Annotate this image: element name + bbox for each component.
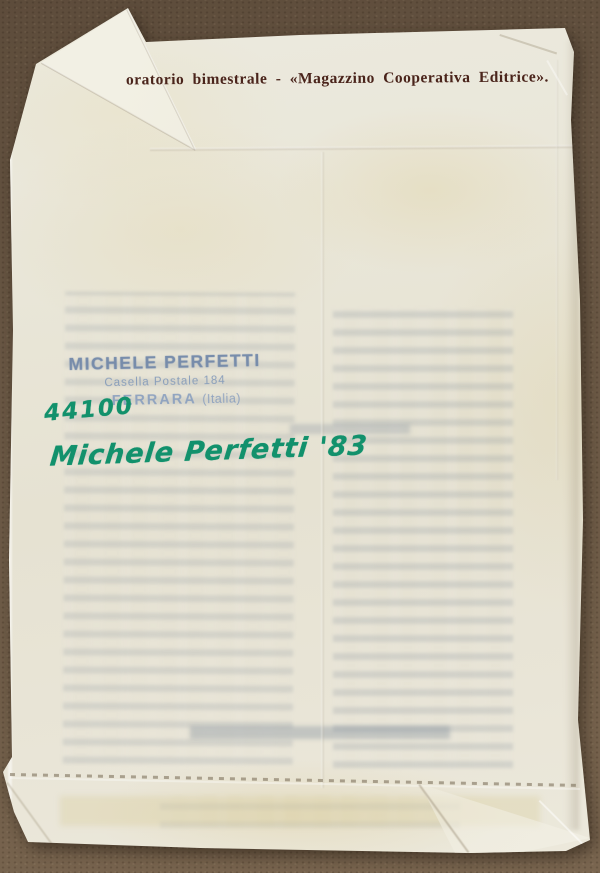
- envelope-back: oratorio bimestrale - «Magazzino Coopera…: [0, 0, 600, 873]
- printed-header-text: oratorio bimestrale - «Magazzino Coopera…: [126, 69, 549, 90]
- bottom-left-fold-crease: [7, 782, 61, 856]
- stamp-po-box-line: Casella Postale 184: [55, 374, 275, 391]
- right-side-crease: [556, 60, 558, 480]
- stamp-name-line: MICHELE PERFETTI: [54, 350, 274, 376]
- right-edge-shading: [565, 40, 579, 830]
- left-edge-highlight: [8, 70, 12, 800]
- stamp-country-note: (Italia): [202, 391, 241, 406]
- showthrough-text-right-column: [333, 308, 513, 768]
- photo: oratorio bimestrale - «Magazzino Coopera…: [0, 0, 600, 873]
- top-right-crumple-line: [500, 34, 558, 54]
- top-right-crumple-highlight: [547, 60, 568, 95]
- horizontal-crease-top: [150, 145, 574, 151]
- vertical-fold-crease: [321, 152, 324, 788]
- showthrough-dark-band: [190, 726, 450, 739]
